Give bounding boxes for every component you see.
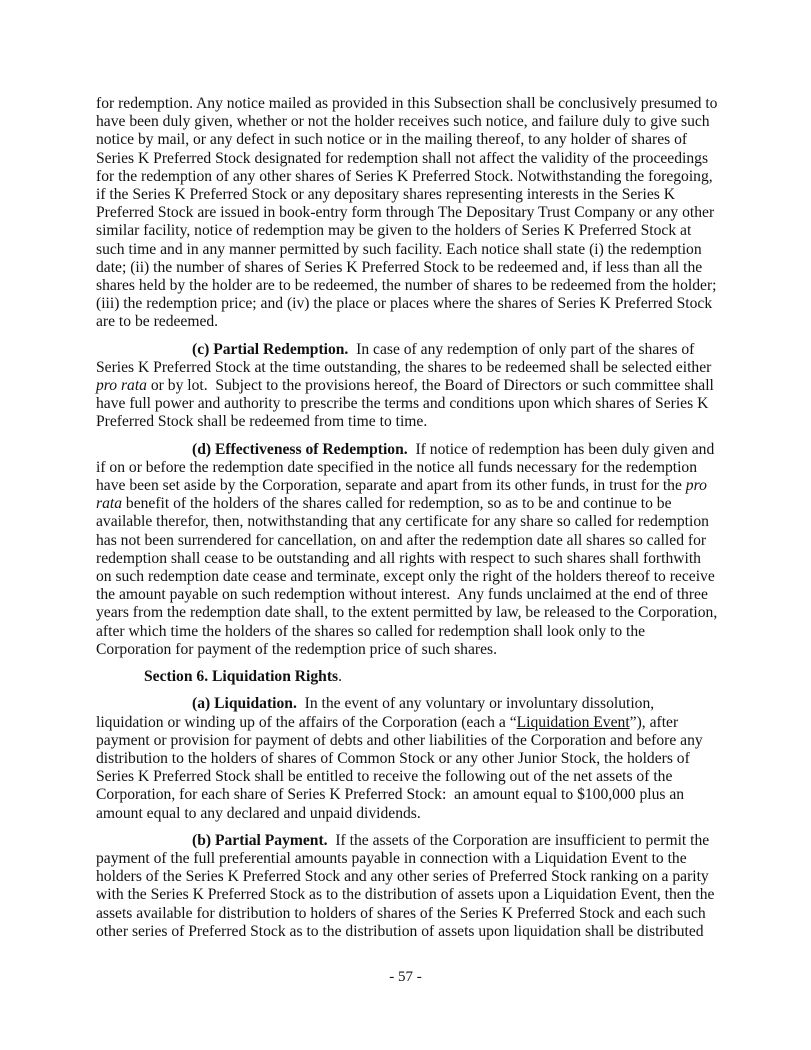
partial-redemption-text-1: In case of any redemption of only part o… [96,341,715,376]
partial-redemption-heading: (c) Partial Redemption. [192,341,348,358]
page-number: - 57 - [0,969,811,986]
liquidation-heading: (a) Liquidation. [192,695,297,712]
section-6-heading-paragraph: Section 6. Liquidation Rights. [96,668,720,686]
partial-redemption-text-2: or by lot. Subject to the provisions her… [96,377,718,430]
notice-paragraph: for redemption. Any notice mailed as pro… [96,95,720,332]
partial-payment-text: If the assets of the Corporation are ins… [96,832,718,940]
effectiveness-text-1: If notice of redemption has been duly gi… [96,441,718,494]
notice-text: for redemption. Any notice mailed as pro… [96,95,717,330]
section-6-heading: Section 6. Liquidation Rights [144,668,338,685]
document-page: for redemption. Any notice mailed as pro… [96,95,720,950]
partial-payment-heading: (b) Partial Payment. [192,832,328,849]
effectiveness-paragraph: (d) Effectiveness of Redemption. If noti… [96,441,720,659]
liquidation-event-defined-term: Liquidation Event [517,714,630,731]
effectiveness-text-2: benefit of the holders of the shares cal… [96,495,721,658]
section-6-heading-period: . [338,668,342,685]
effectiveness-heading: (d) Effectiveness of Redemption. [192,441,408,458]
partial-redemption-paragraph: (c) Partial Redemption. In case of any r… [96,341,720,432]
pro-rata-term: pro rata [96,377,147,394]
partial-payment-paragraph: (b) Partial Payment. If the assets of th… [96,832,720,941]
liquidation-paragraph: (a) Liquidation. In the event of any vol… [96,695,720,822]
